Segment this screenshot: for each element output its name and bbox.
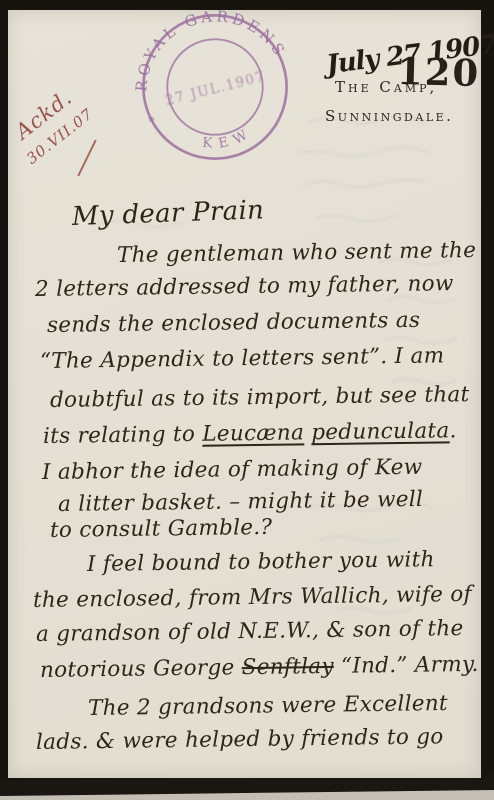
letter-line: a litter basket. – might it be well [58,487,424,517]
letter-line-text: notorious George [40,655,242,683]
scan-black-frame: ROYAL GARDENS KEW 27 JUL.1907 * Ackd. 30… [0,0,494,800]
stamp-date-text: 27 JUL.1907 [164,69,268,109]
letter-line: to consult Gamble.? [50,515,273,543]
letter-page: ROYAL GARDENS KEW 27 JUL.1907 * Ackd. 30… [8,10,481,778]
letter-line-text: . [449,418,456,443]
letterhead-line1: The Camp, [335,78,437,96]
letter-line: I feel bound to bother you with [87,547,435,577]
underlined-genus-name: Leucæna [202,420,304,446]
letter-line: The 2 grandsons were Excellent [88,691,448,721]
letter-line: I abhor the idea of making of Kew [42,455,423,485]
letter-line: The gentleman who sent me the [117,238,476,268]
letter-line: sends the enclosed documents as [47,308,421,338]
letter-line-text: its relating to [43,422,203,449]
stamp-star-mark: * [147,113,158,130]
letterhead-line2: Sunningdale. [325,107,453,125]
struck-out-name: Senftlay [242,654,334,680]
stamp-arc-bottom-text: KEW [198,122,258,157]
underlined-species-name: pedunculata [311,418,450,445]
letter-line-text: “Ind.” Army. [334,652,479,679]
